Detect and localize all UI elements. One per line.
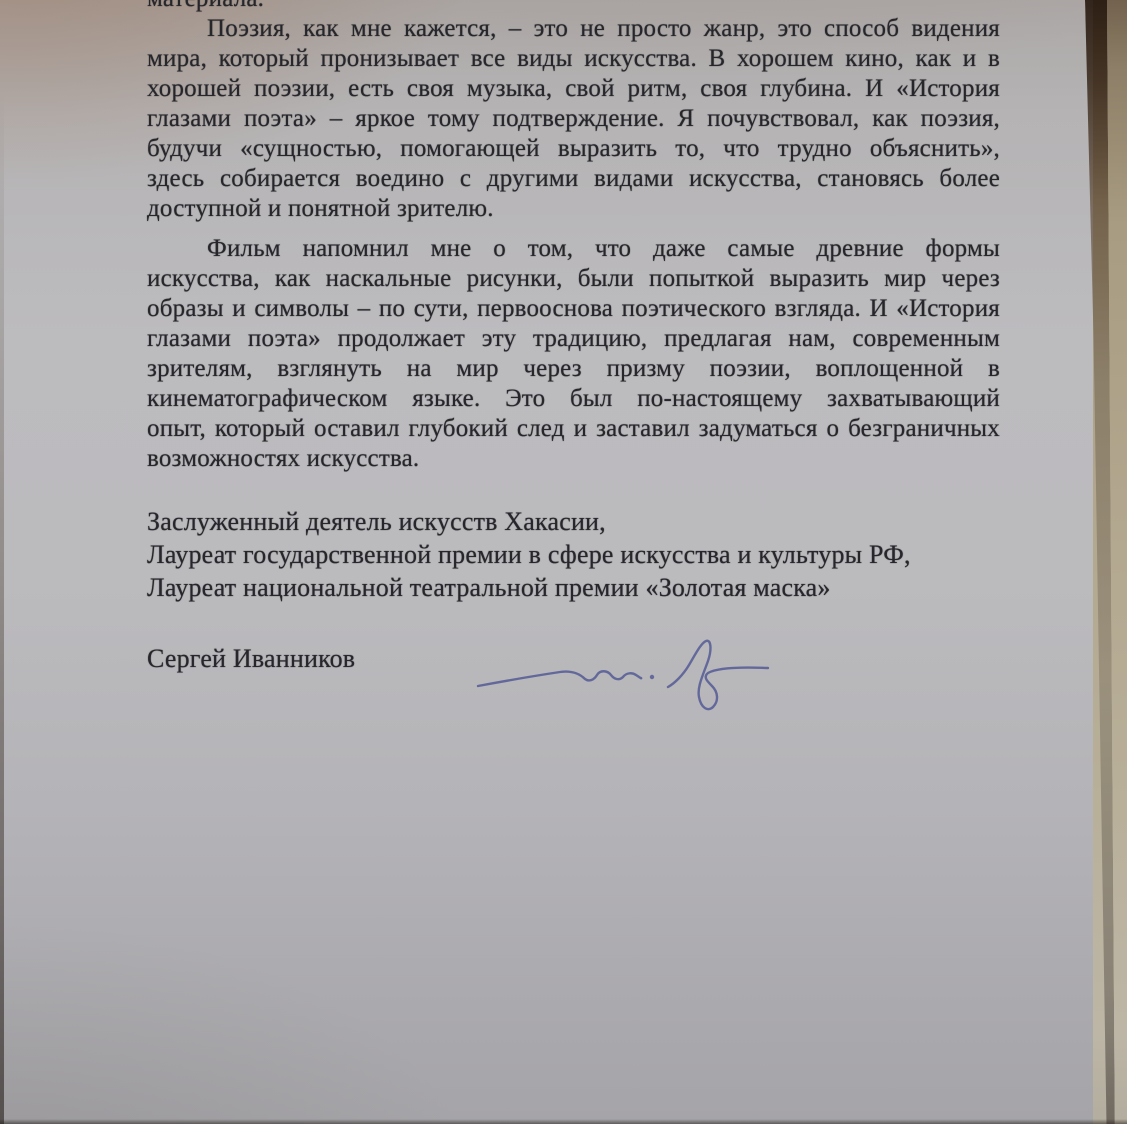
credential-line: Заслуженный деятель искусств Хакасии, xyxy=(147,505,1000,538)
document-line: образы и символы – по сути, первооснова … xyxy=(147,294,1000,324)
paragraph-poetry-vision: Поэзия, как мне кажется, – это не просто… xyxy=(147,14,1000,224)
document-line: будучи «сущностью, помогающей выразить т… xyxy=(147,134,1000,164)
handwritten-signature-icon xyxy=(455,625,785,730)
document-line: глазами поэта» продолжает эту традицию, … xyxy=(147,324,1000,354)
document-line: возможностях искусства. xyxy=(147,444,1000,474)
document-line: Фильм напомнил мне о том, что даже самые… xyxy=(147,234,1000,264)
document-line: опыт, который оставил глубокий след и за… xyxy=(147,414,1000,444)
document-line: глазами поэта» – яркое тому подтверждени… xyxy=(147,104,1000,134)
credential-line: Лауреат национальной театральной премии … xyxy=(147,571,1000,604)
clipped-top-line: материала. xyxy=(147,0,1000,14)
document-photo: материала. Поэзия, как мне кажется, – эт… xyxy=(0,0,1127,1124)
document-line: кинематографическом языке. Это был по-на… xyxy=(147,384,1000,414)
credentials-block: Заслуженный деятель искусств Хакасии,Лау… xyxy=(147,505,1000,604)
document-line: искусства, как наскальные рисунки, были … xyxy=(147,264,1000,294)
document-line: здесь собирается воедино с другими видам… xyxy=(147,164,1000,194)
letter-text: материала. Поэзия, как мне кажется, – эт… xyxy=(147,0,1000,675)
document-line: зрителям, взглянуть на мир через призму … xyxy=(147,354,1000,384)
photo-bottom-edge xyxy=(0,1119,1127,1124)
document-line: доступной и понятной зрителю. xyxy=(147,194,1000,224)
document-line: мира, который пронизывает все виды искус… xyxy=(147,44,1000,74)
paragraph-ancient-art: Фильм напомнил мне о том, что даже самые… xyxy=(147,234,1000,474)
photo-left-edge xyxy=(0,0,4,1124)
document-line: Поэзия, как мне кажется, – это не просто… xyxy=(147,14,1000,44)
credential-line: Лауреат государственной премии в сфере и… xyxy=(147,538,1000,571)
document-line: хорошей поэзии, есть своя музыка, свой р… xyxy=(147,74,1000,104)
